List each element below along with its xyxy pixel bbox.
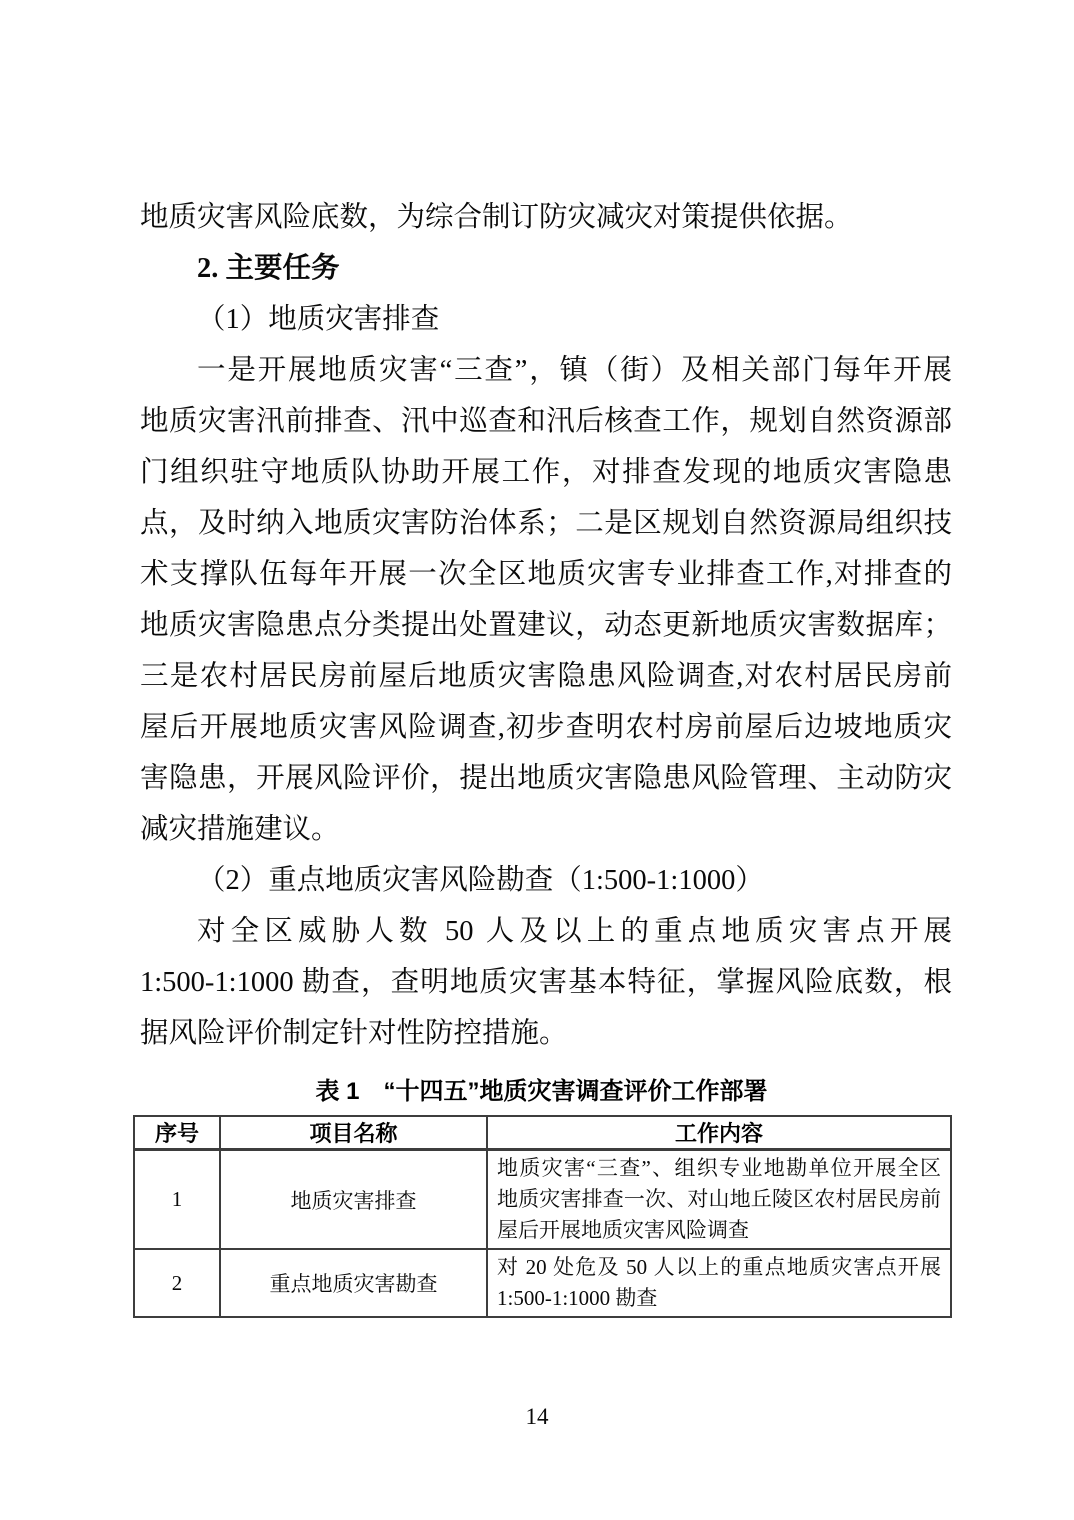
section-heading: 2. 主要任务 (140, 243, 952, 294)
table-header-cell-content: 工作内容 (487, 1116, 951, 1150)
body-text-line: 据风险评价制定针对性防控措施。 (140, 1008, 952, 1059)
table-row: 1 地质灾害排查 地质灾害“三查”、组织专业地勘单位开展全区 地质灾害排查一次、… (134, 1150, 951, 1250)
page-number: 14 (0, 1404, 1074, 1434)
body-text-line: 1:500-1:1000 勘查，查明地质灾害基本特征，掌握风险底数，根 (140, 957, 952, 1008)
cell-line: 1:500-1:1000 勘查 (497, 1283, 941, 1314)
table-caption: 表 1 “十四五”地质灾害调查评价工作部署 (133, 1069, 950, 1115)
work-content-cell: 对 20 处危及 50 人以上的重点地质灾害点开展 1:500-1:1000 勘… (487, 1249, 951, 1317)
table-row: 2 重点地质灾害勘查 对 20 处危及 50 人以上的重点地质灾害点开展 1:5… (134, 1249, 951, 1317)
document-page: 地质灾害风险底数，为综合制订防灾减灾对策提供依据。 2. 主要任务 （1）地质灾… (140, 192, 952, 1318)
body-text-line: 地质灾害汛前排查、汛中巡查和汛后核查工作，规划自然资源部 (140, 396, 952, 447)
body-text-line: 地质灾害风险底数，为综合制订防灾减灾对策提供依据。 (140, 192, 952, 243)
work-deployment-table: 序号 项目名称 工作内容 1 地质灾害排查 地质灾害“三查”、组织专业地勘单位开… (133, 1115, 952, 1318)
cell-line: 对 20 处危及 50 人以上的重点地质灾害点开展 (497, 1252, 941, 1283)
body-text-line: 屋后开展地质灾害风险调查,初步查明农村房前屋后边坡地质灾 (140, 702, 952, 753)
table-header-cell-project: 项目名称 (220, 1116, 487, 1150)
table-header-cell-no: 序号 (134, 1116, 220, 1150)
row-number-cell: 2 (134, 1249, 220, 1317)
body-text-line: 对全区威胁人数 50 人及以上的重点地质灾害点开展 (140, 906, 952, 957)
table-header-row: 序号 项目名称 工作内容 (134, 1116, 951, 1150)
cell-line: 屋后开展地质灾害风险调查 (497, 1215, 941, 1246)
cell-line: 地质灾害“三查”、组织专业地勘单位开展全区 (497, 1153, 941, 1184)
row-number-cell: 1 (134, 1150, 220, 1250)
sub-heading: （2）重点地质灾害风险勘查（1:500-1:1000） (140, 855, 952, 906)
body-text: 地质灾害风险底数，为综合制订防灾减灾对策提供依据。 2. 主要任务 （1）地质灾… (140, 192, 952, 1059)
body-text-line: 术支撑队伍每年开展一次全区地质灾害专业排查工作,对排查的 (140, 549, 952, 600)
cell-line: 地质灾害排查一次、对山地丘陵区农村居民房前 (497, 1184, 941, 1215)
body-text-line: 害隐患，开展风险评价，提出地质灾害隐患风险管理、主动防灾 (140, 753, 952, 804)
project-name-cell: 地质灾害排查 (220, 1150, 487, 1250)
work-content-cell: 地质灾害“三查”、组织专业地勘单位开展全区 地质灾害排查一次、对山地丘陵区农村居… (487, 1150, 951, 1250)
project-name-cell: 重点地质灾害勘查 (220, 1249, 487, 1317)
body-text-line: 一是开展地质灾害“三查”，镇（街）及相关部门每年开展 (140, 345, 952, 396)
sub-heading: （1）地质灾害排查 (140, 294, 952, 345)
body-text-line: 点，及时纳入地质灾害防治体系；二是区规划自然资源局组织技 (140, 498, 952, 549)
body-text-line: 减灾措施建议。 (140, 804, 952, 855)
body-text-line: 门组织驻守地质队协助开展工作，对排查发现的地质灾害隐患 (140, 447, 952, 498)
document-canvas: { "body": { "lines": [ "地质灾害风险底数，为综合制订防灾… (0, 0, 1074, 1520)
body-text-line: 地质灾害隐患点分类提出处置建议，动态更新地质灾害数据库； (140, 600, 952, 651)
body-text-line: 三是农村居民房前屋后地质灾害隐患风险调查,对农村居民房前 (140, 651, 952, 702)
